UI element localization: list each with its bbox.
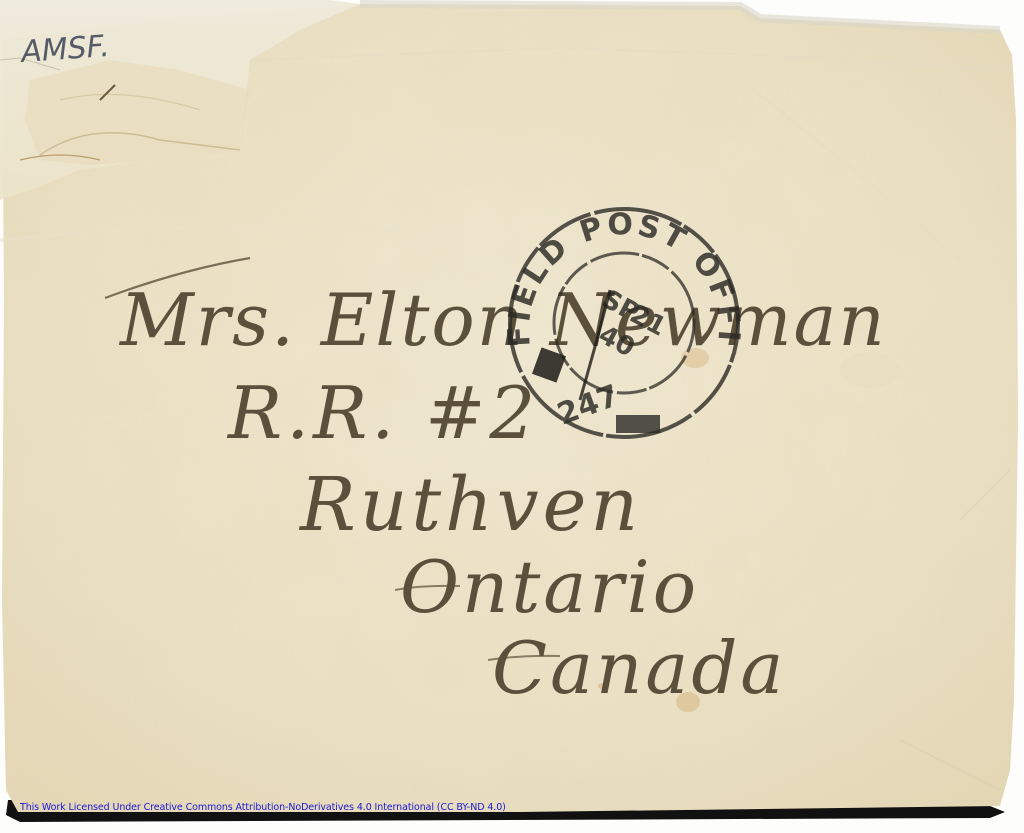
address-line-4: Ontario <box>400 545 699 629</box>
svg-text:247: 247 <box>553 378 624 432</box>
address-line-2: R.R. #2 <box>226 371 539 455</box>
recipient-address: Mrs. Elton Newman R.R. #2 Ruthven Ontari… <box>105 258 887 710</box>
envelope-scan: AMSF. Mrs. Elton Newman R.R. #2 Ruthven … <box>0 0 1024 833</box>
svg-text:AMSF.: AMSF. <box>18 29 111 70</box>
address-line-1: Mrs. Elton Newman <box>118 278 887 362</box>
license-notice: This Work Licensed Under Creative Common… <box>20 802 506 813</box>
envelope-markings: AMSF. Mrs. Elton Newman R.R. #2 Ruthven … <box>0 0 1024 833</box>
address-line-5: Canada <box>492 626 786 710</box>
corner-note: AMSF. <box>18 29 111 70</box>
address-line-3: Ruthven <box>298 462 642 548</box>
